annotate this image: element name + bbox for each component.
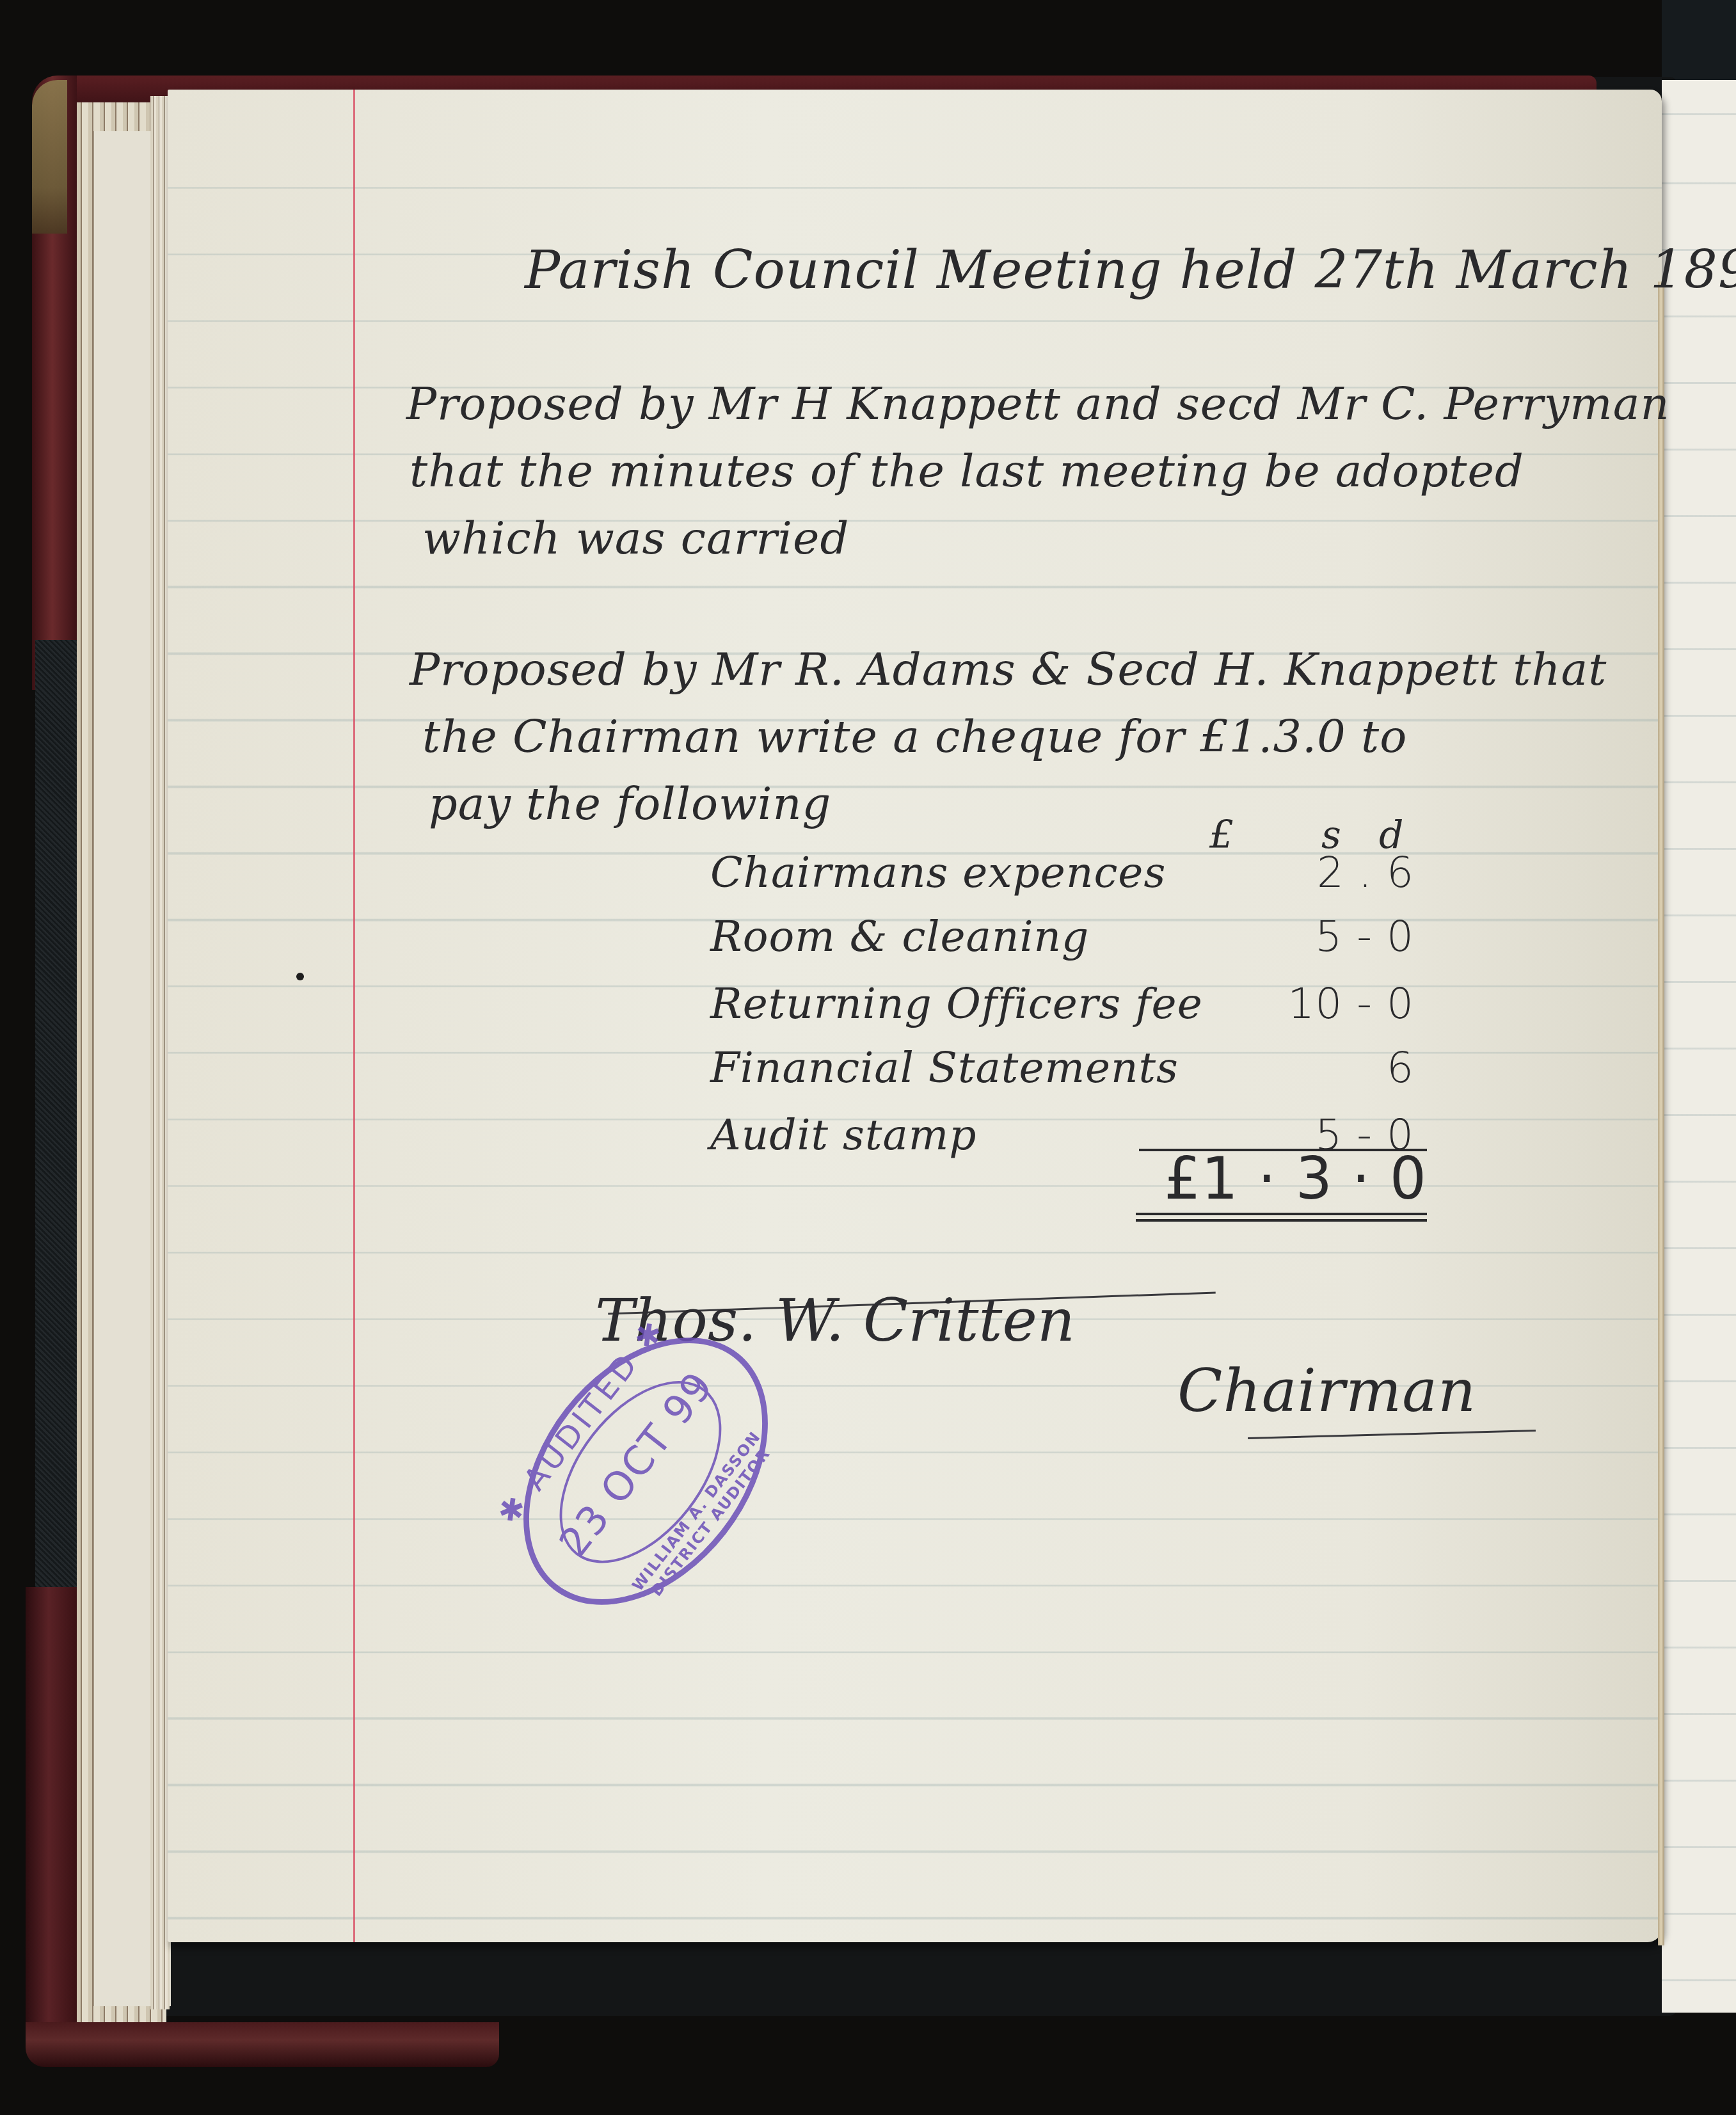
account-item-amount: 2 . 6 — [1267, 848, 1414, 897]
account-item-label: Audit stamp — [710, 1110, 977, 1160]
page-edges — [150, 96, 170, 2009]
total-double-underline — [1136, 1219, 1427, 1222]
account-item-amount: 10 - 0 — [1267, 979, 1414, 1028]
accounts-total: £1 · 3 · 0 — [1133, 1145, 1427, 1213]
leather-binding-bottom — [26, 2022, 499, 2067]
meeting-heading: Parish Council Meeting held 27th March 1… — [525, 240, 1736, 301]
worn-corner — [32, 80, 67, 234]
account-item-amount: 5 - 0 — [1267, 912, 1414, 961]
resolution-2-line-1: Proposed by Mr R. Adams & Secd H. Knappe… — [410, 643, 1607, 696]
pounds-column-header: £ — [1209, 813, 1234, 858]
resolution-1-line-1: Proposed by Mr H Knappett and secd Mr C.… — [406, 378, 1670, 430]
account-item-label: Returning Officers fee — [710, 979, 1203, 1028]
facing-page — [1662, 80, 1736, 2013]
right-cover-edge — [1662, 0, 1736, 80]
account-item-label: Financial Statements — [710, 1043, 1179, 1092]
cloth-spine — [35, 640, 80, 1613]
resolution-2-line-3: pay the following — [429, 778, 831, 830]
ink-blot — [296, 973, 304, 980]
total-double-underline — [1136, 1213, 1427, 1215]
resolution-1-line-3: which was carried — [422, 512, 849, 564]
account-item-label: Chairmans expences — [710, 848, 1166, 897]
account-item-label: Room & cleaning — [710, 912, 1089, 961]
chairman-title: Chairman — [1177, 1357, 1476, 1425]
red-margin-rule — [353, 90, 355, 1942]
binding-thread — [1658, 282, 1664, 1945]
account-item-amount: 6 — [1267, 1043, 1414, 1092]
leather-binding-left-bottom — [26, 1587, 77, 2048]
resolution-1-line-2: that the minutes of the last meeting be … — [410, 445, 1524, 497]
resolution-2-line-2: the Chairman write a cheque for £1.3.0 t… — [422, 710, 1407, 763]
